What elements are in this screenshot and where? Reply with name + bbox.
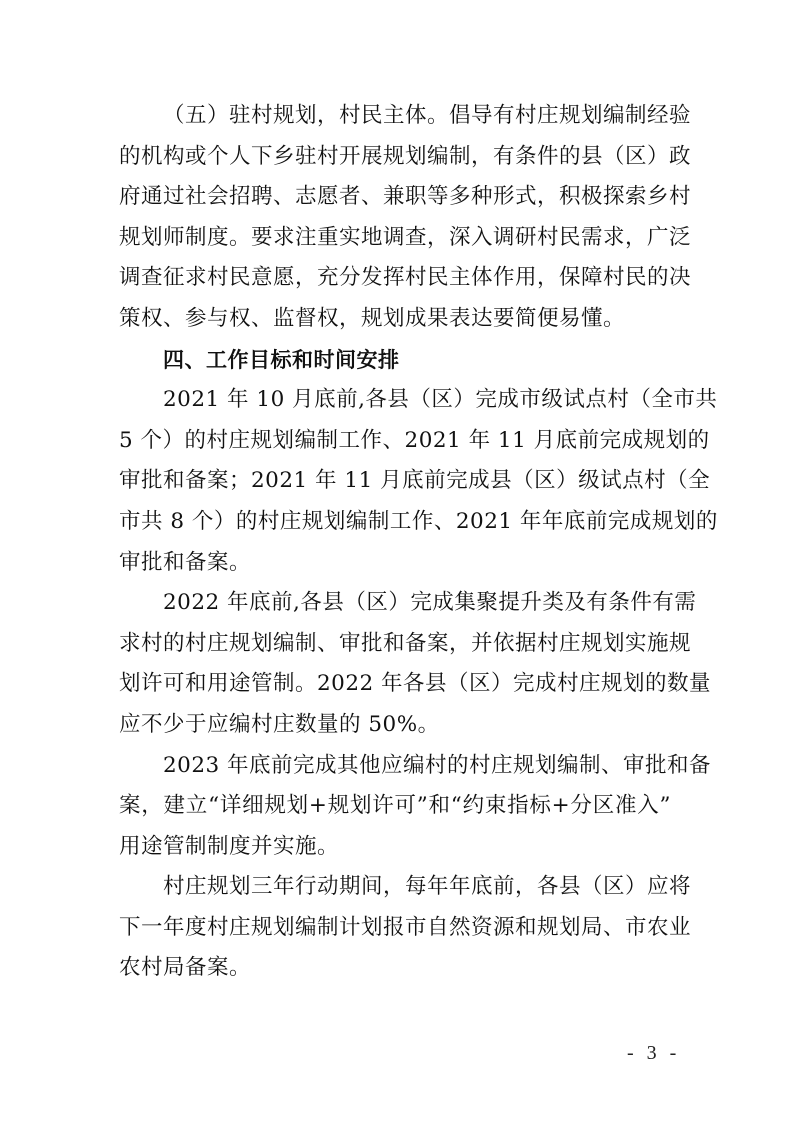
text-line: 策权、参与权、监督权，规划成果表达要简便易懂。 bbox=[119, 299, 671, 340]
text-line: 2021 年 10 月底前,各县（区）完成市级试点村（全市共 bbox=[119, 380, 671, 421]
page-number: - 3 - bbox=[627, 1042, 680, 1065]
section-heading: 四、工作目标和时间安排 bbox=[119, 340, 671, 381]
paragraph-annual-filing: 村庄规划三年行动期间，每年年底前，各县（区）应将 下一年度村庄规划编制计划报市自… bbox=[119, 867, 671, 989]
text-line: 2022 年底前,各县（区）完成集聚提升类及有条件有需 bbox=[119, 583, 671, 624]
text-line: 府通过社会招聘、志愿者、兼职等多种形式，积极探索乡村 bbox=[119, 177, 671, 218]
paragraph-2021-targets: 2021 年 10 月底前,各县（区）完成市级试点村（全市共 5 个）的村庄规划… bbox=[119, 380, 671, 583]
text-line: 案，建立“详细规划+规划许可”和“约束指标+分区准入” bbox=[119, 786, 671, 827]
section-heading-text: 四、工作目标和时间安排 bbox=[119, 340, 671, 381]
text-line: 求村的村庄规划编制、审批和备案，并依据村庄规划实施规 bbox=[119, 624, 671, 665]
text-line: 5 个）的村庄规划编制工作、2021 年 11 月底前完成规划的 bbox=[119, 421, 671, 462]
text-line: 规划师制度。要求注重实地调查，深入调研村民需求，广泛 bbox=[119, 218, 671, 259]
text-line: 审批和备案。 bbox=[119, 543, 671, 584]
text-line: 的机构或个人下乡驻村开展规划编制，有条件的县（区）政 bbox=[119, 137, 671, 178]
text-line: 应不少于应编村庄数量的 50%。 bbox=[119, 705, 671, 746]
text-line: 村庄规划三年行动期间，每年年底前，各县（区）应将 bbox=[119, 867, 671, 908]
text-line: 市共 8 个）的村庄规划编制工作、2021 年年底前完成规划的 bbox=[119, 502, 671, 543]
text-line: 用途管制制度并实施。 bbox=[119, 827, 671, 868]
document-page: （五）驻村规划，村民主体。倡导有村庄规划编制经验 的机构或个人下乡驻村开展规划编… bbox=[0, 0, 793, 1122]
text-line: 划许可和用途管制。2022 年各县（区）完成村庄规划的数量 bbox=[119, 664, 671, 705]
text-line: （五）驻村规划，村民主体。倡导有村庄规划编制经验 bbox=[119, 96, 671, 137]
text-line: 下一年度村庄规划编制计划报市自然资源和规划局、市农业 bbox=[119, 908, 671, 949]
text-line: 农村局备案。 bbox=[119, 948, 671, 989]
text-line: 审批和备案；2021 年 11 月底前完成县（区）级试点村（全 bbox=[119, 461, 671, 502]
paragraph-village-planning: （五）驻村规划，村民主体。倡导有村庄规划编制经验 的机构或个人下乡驻村开展规划编… bbox=[119, 96, 671, 340]
text-line: 2023 年底前完成其他应编村的村庄规划编制、审批和备 bbox=[119, 746, 671, 787]
paragraph-2022-targets: 2022 年底前,各县（区）完成集聚提升类及有条件有需 求村的村庄规划编制、审批… bbox=[119, 583, 671, 745]
text-line: 调查征求村民意愿，充分发挥村民主体作用，保障村民的决 bbox=[119, 258, 671, 299]
document-body: （五）驻村规划，村民主体。倡导有村庄规划编制经验 的机构或个人下乡驻村开展规划编… bbox=[119, 96, 671, 989]
paragraph-2023-targets: 2023 年底前完成其他应编村的村庄规划编制、审批和备 案，建立“详细规划+规划… bbox=[119, 746, 671, 868]
